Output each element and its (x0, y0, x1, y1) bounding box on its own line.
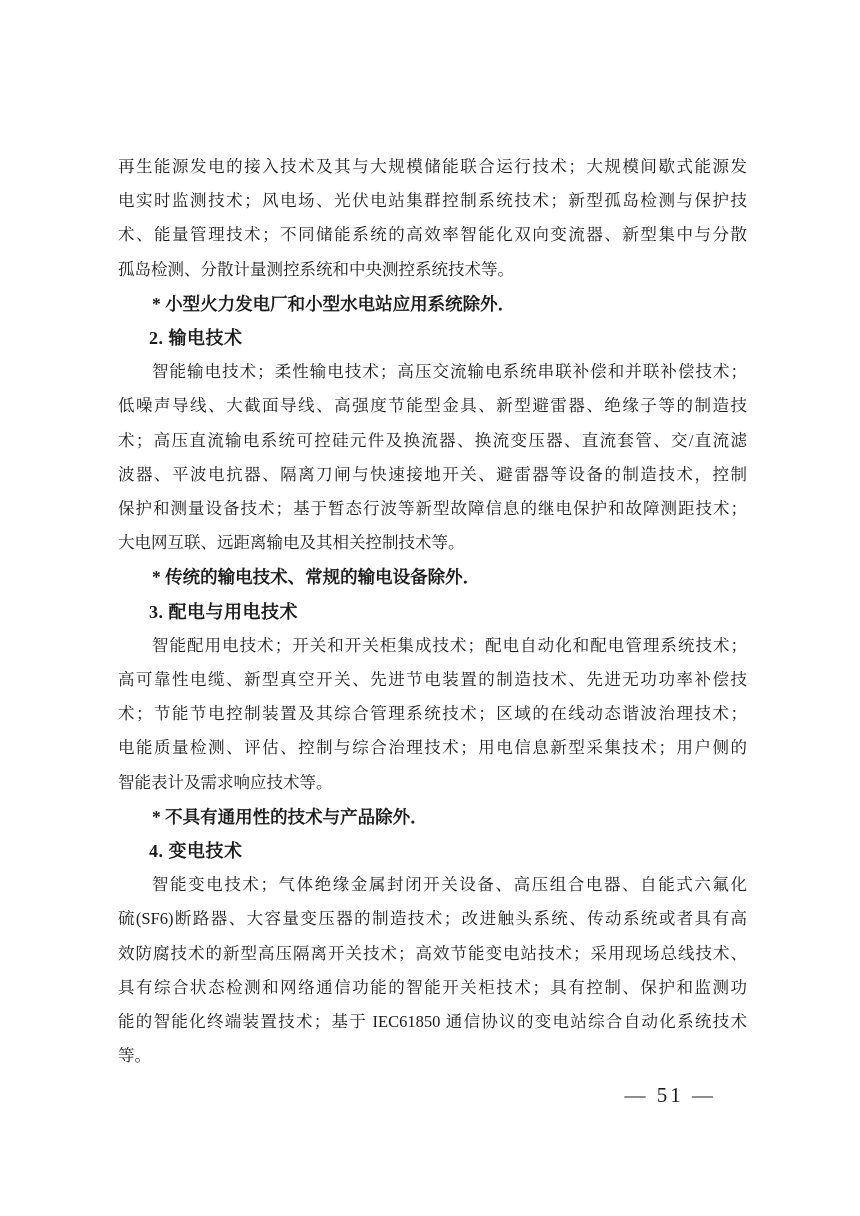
text-line: 具有综合状态检测和网络通信功能的智能开关柜技术；具有控制、保护和监测功 (118, 971, 747, 1005)
text-line: 术；节能节电控制装置及其综合管理系统技术；区域的在线动态谐波治理技术； (118, 697, 747, 731)
text-line: 孤岛检测、分散计量测控系统和中央测控系统技术等。 (118, 253, 747, 287)
section-heading-2: 2. 输电技术 (118, 321, 747, 355)
text-line: 保护和测量设备技术；基于暂态行波等新型故障信息的继电保护和故障测距技术； (118, 492, 747, 526)
document-page: 再生能源发电的接入技术及其与大规模储能联合运行技术；大规模间歇式能源发 电实时监… (0, 0, 860, 1216)
text-line: 硫(SF6)断路器、大容量变压器的制造技术；改进触头系统、传动系统或者具有高 (118, 902, 747, 936)
text-line: 智能输电技术；柔性输电技术；高压交流输电系统串联补偿和并联补偿技术； (118, 355, 747, 389)
exception-note: * 小型火力发电厂和小型水电站应用系统除外． (118, 287, 747, 321)
text-line: 高可靠性电缆、新型真空开关、先进节电装置的制造技术、先进无功功率补偿技 (118, 663, 747, 697)
text-line: 效防腐技术的新型高压隔离开关技术；高效节能变电站技术；采用现场总线技术、 (118, 937, 747, 971)
page-number: — 51 — (0, 1083, 716, 1108)
text-line: 大电网互联、远距离输电及其相关控制技术等。 (118, 526, 747, 560)
paragraph: 再生能源发电的接入技术及其与大规模储能联合运行技术；大规模间歇式能源发 电实时监… (118, 150, 747, 287)
paragraph: 智能输电技术；柔性输电技术；高压交流输电系统串联补偿和并联补偿技术； 低噪声导线… (118, 355, 747, 560)
paragraph: 智能变电技术；气体绝缘金属封闭开关设备、高压组合电器、自能式六氟化 硫(SF6)… (118, 868, 747, 1073)
text-line: 再生能源发电的接入技术及其与大规模储能联合运行技术；大规模间歇式能源发 (118, 150, 747, 184)
exception-note: * 传统的输电技术、常规的输电设备除外． (118, 560, 747, 594)
text-line: 等。 (118, 1039, 747, 1073)
text-line: 智能配用电技术；开关和开关柜集成技术；配电自动化和配电管理系统技术； (118, 629, 747, 663)
text-line: 术、能量管理技术；不同储能系统的高效率智能化双向变流器、新型集中与分散 (118, 218, 747, 252)
paragraph: 智能配用电技术；开关和开关柜集成技术；配电自动化和配电管理系统技术； 高可靠性电… (118, 629, 747, 800)
text-line: 智能变电技术；气体绝缘金属封闭开关设备、高压组合电器、自能式六氟化 (118, 868, 747, 902)
document-body: 再生能源发电的接入技术及其与大规模储能联合运行技术；大规模间歇式能源发 电实时监… (118, 150, 747, 1073)
text-line: 电实时监测技术；风电场、光伏电站集群控制系统技术；新型孤岛检测与保护技 (118, 184, 747, 218)
text-line: 波器、平波电抗器、隔离刀闸与快速接地开关、避雷器等设备的制造技术，控制 (118, 458, 747, 492)
text-line: 术；高压直流输电系统可控硅元件及换流器、换流变压器、直流套管、交/直流滤 (118, 424, 747, 458)
section-heading-3: 3. 配电与用电技术 (118, 595, 747, 629)
text-line: 能的智能化终端装置技术；基于 IEC61850 通信协议的变电站综合自动化系统技… (118, 1005, 747, 1039)
text-line: 电能质量检测、评估、控制与综合治理技术；用电信息新型采集技术；用户侧的 (118, 731, 747, 765)
section-heading-4: 4. 变电技术 (118, 834, 747, 868)
exception-note: * 不具有通用性的技术与产品除外． (118, 800, 747, 834)
text-line: 低噪声导线、大截面导线、高强度节能型金具、新型避雷器、绝缘子等的制造技 (118, 389, 747, 423)
text-line: 智能表计及需求响应技术等。 (118, 766, 747, 800)
